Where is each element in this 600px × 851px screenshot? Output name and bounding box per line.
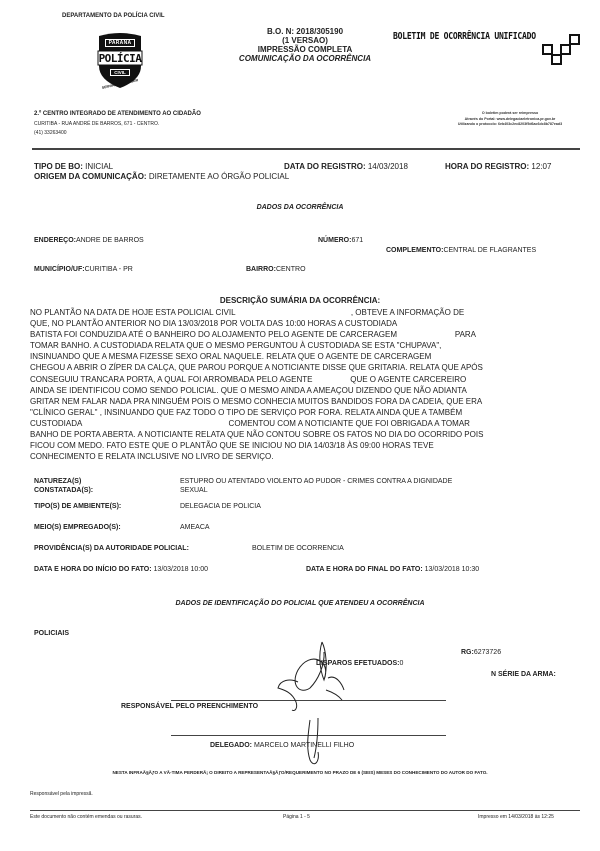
- data-registro-field: DATA DO REGISTRO: 14/03/2018: [284, 162, 408, 171]
- tipo-bo-field: TIPO DE BO: INICIAL: [34, 162, 113, 171]
- serie-arma-label: N SÉRIE DA ARMA:: [491, 671, 556, 678]
- bairro-field: BAIRRO:CENTRO: [246, 266, 306, 273]
- system-title: BOLETIM DE OCORRÊNCIA UNIFICADO: [393, 31, 536, 42]
- logo-square-icon: [551, 54, 562, 65]
- description-line: CHEGOU A ABRIR O ZÍPER DA CALÇA, QUE PAR…: [30, 362, 580, 373]
- origem-field: ORIGEM DA COMUNICAÇÃO: DIRETAMENTE AO ÓR…: [34, 172, 289, 181]
- final-fato-field: DATA E HORA DO FINAL DO FATO: 13/03/2018…: [306, 566, 479, 573]
- municipio-field: MUNICÍPIO/UF:CURITIBA - PR: [34, 266, 133, 273]
- badge-bottom-text: CIVIL: [111, 70, 129, 75]
- providencia-value: BOLETIM DE OCORRENCIA: [252, 545, 344, 552]
- description-line: BANHO DE PORTA ABERTA. A NOTICIANTE RELA…: [30, 429, 580, 440]
- providencia-label: PROVIDÊNCIA(S) DA AUTORIDADE POLICIAL:: [34, 545, 189, 552]
- description-title: DESCRIÇÃO SUMÁRIA DA OCORRÊNCIA:: [0, 296, 600, 305]
- description-line: INSINUANDO QUE A MESMA FIZESSE SEXO ORAL…: [30, 351, 580, 362]
- bo-version: (1 VERSAO): [230, 36, 380, 45]
- description-line: CUSTODIADA COMENTOU COM A NOTICIANTE QUE…: [30, 418, 580, 429]
- description-line: CONSEGUIU TRANCARA PORTA, A QUAL FOI ARR…: [30, 374, 580, 385]
- badge-top-text: PARANÁ: [107, 40, 133, 46]
- description-line: FICOU COM MEDO. FATO ESTE QUE O PLANTÃO …: [30, 440, 580, 451]
- delegado-field: DELEGADO: MARCELO MARTINELLI FILHO: [210, 742, 354, 749]
- department-name: DEPARTAMENTO DA POLÍCIA CIVIL: [62, 13, 165, 19]
- description-line: NO PLANTÃO NA DATA DE HOJE ESTA POLICIAL…: [30, 307, 580, 318]
- occurrence-description: NO PLANTÃO NA DATA DE HOJE ESTA POLICIAL…: [30, 307, 580, 462]
- print-responsible: Responsável pela impressã.: [30, 791, 93, 797]
- natureza-value: ESTUPRO OU ATENTADO VIOLENTO AO PUDOR - …: [180, 477, 452, 495]
- policiais-label: POLICIAIS: [34, 630, 69, 637]
- endereco-field: ENDEREÇO:ANDRE DE BARROS: [34, 237, 144, 244]
- inicio-fato-field: DATA E HORA DO INÍCIO DO FATO: 13/03/201…: [34, 566, 208, 573]
- bo-number: B.O. N: 2018/305190: [230, 27, 380, 36]
- page-number: Página 1 - 5: [283, 814, 310, 820]
- delegado-signature-line: [171, 735, 446, 736]
- meio-label: MEIO(S) EMPREGADO(S):: [34, 524, 121, 531]
- occurrence-section-title: DADOS DA OCORRÊNCIA: [0, 204, 600, 211]
- print-type: IMPRESSÃO COMPLETA: [230, 45, 380, 54]
- badge-middle-text: POLÍCIA: [98, 52, 142, 65]
- description-line: GRITAR NEM FALAR NADA PRA NINGUÉM POIS O…: [30, 396, 580, 407]
- description-line: BATISTA FOI CONDUZIDA ATÉ O BANHEIRO DO …: [30, 329, 580, 340]
- printed-at: Impresso em 14/03/2018 às 12:25: [478, 814, 554, 820]
- complemento-field: COMPLEMENTO:CENTRAL DE FLAGRANTES: [386, 247, 536, 254]
- description-line: "CLÍNICO GERAL" , INSINUANDO QUE FAZ TOD…: [30, 407, 580, 418]
- ambiente-value: DELEGACIA DE POLICIA: [180, 503, 261, 510]
- reprint-note: O boletim poderá ser reimpresso Através …: [420, 111, 600, 128]
- rg-field: RG:6273726: [461, 649, 501, 656]
- responsavel-signature-line: [171, 700, 446, 701]
- description-line: TOMAR BANHO. A CUSTODIADA RELATA QUE O M…: [30, 340, 580, 351]
- header-divider: [32, 148, 580, 150]
- footer-divider: [30, 810, 580, 811]
- unit-name: 2.º CENTRO INTEGRADO DE ATENDIMENTO AO C…: [34, 111, 201, 117]
- description-line: QUE, NO PLANTÃO ANTERIOR NO DIA 13/03/20…: [30, 318, 580, 329]
- hora-registro-field: HORA DO REGISTRO: 12:07: [445, 162, 551, 171]
- responsavel-label: RESPONSÁVEL PELO PREENCHIMENTO: [121, 703, 258, 710]
- officer-section-title: DADOS DE IDENTIFICAÇÃO DO POLICIAL QUE A…: [0, 600, 600, 607]
- unit-phone: (41) 33263400: [34, 130, 67, 136]
- description-line: AINDA SE IDENTIFICOU COMO SENDO POLICIAL…: [30, 385, 580, 396]
- meio-value: AMEACA: [180, 524, 210, 531]
- unit-address: CURITIBA - RUA ANDRÉ DE BARROS, 671 - CE…: [34, 121, 159, 127]
- ambiente-label: TIPO(S) DE AMBIENTE(S):: [34, 503, 121, 510]
- description-line: CONHECIMENTO E RELATA INCLUSIVE NO LIVRO…: [30, 451, 580, 462]
- natureza-label: NATUREZA(S) CONSTATADA(S):: [34, 477, 93, 495]
- numero-field: NÚMERO:671: [318, 237, 363, 244]
- disparos-field: DISPAROS EFETUADOS:0: [316, 660, 403, 667]
- police-badge-logo: PARANÁ POLÍCIA CIVIL SERVIR E PROTEGER: [95, 32, 145, 94]
- no-amendments-note: Este documento não contém emendas ou ras…: [30, 814, 142, 820]
- legal-notice: NESTA INFRAÃ§ÃƒO A VÃ-TIMA PERDERÃ¡ O DI…: [0, 770, 600, 775]
- document-type: COMUNICAÇÃO DA OCORRÊNCIA: [230, 54, 380, 63]
